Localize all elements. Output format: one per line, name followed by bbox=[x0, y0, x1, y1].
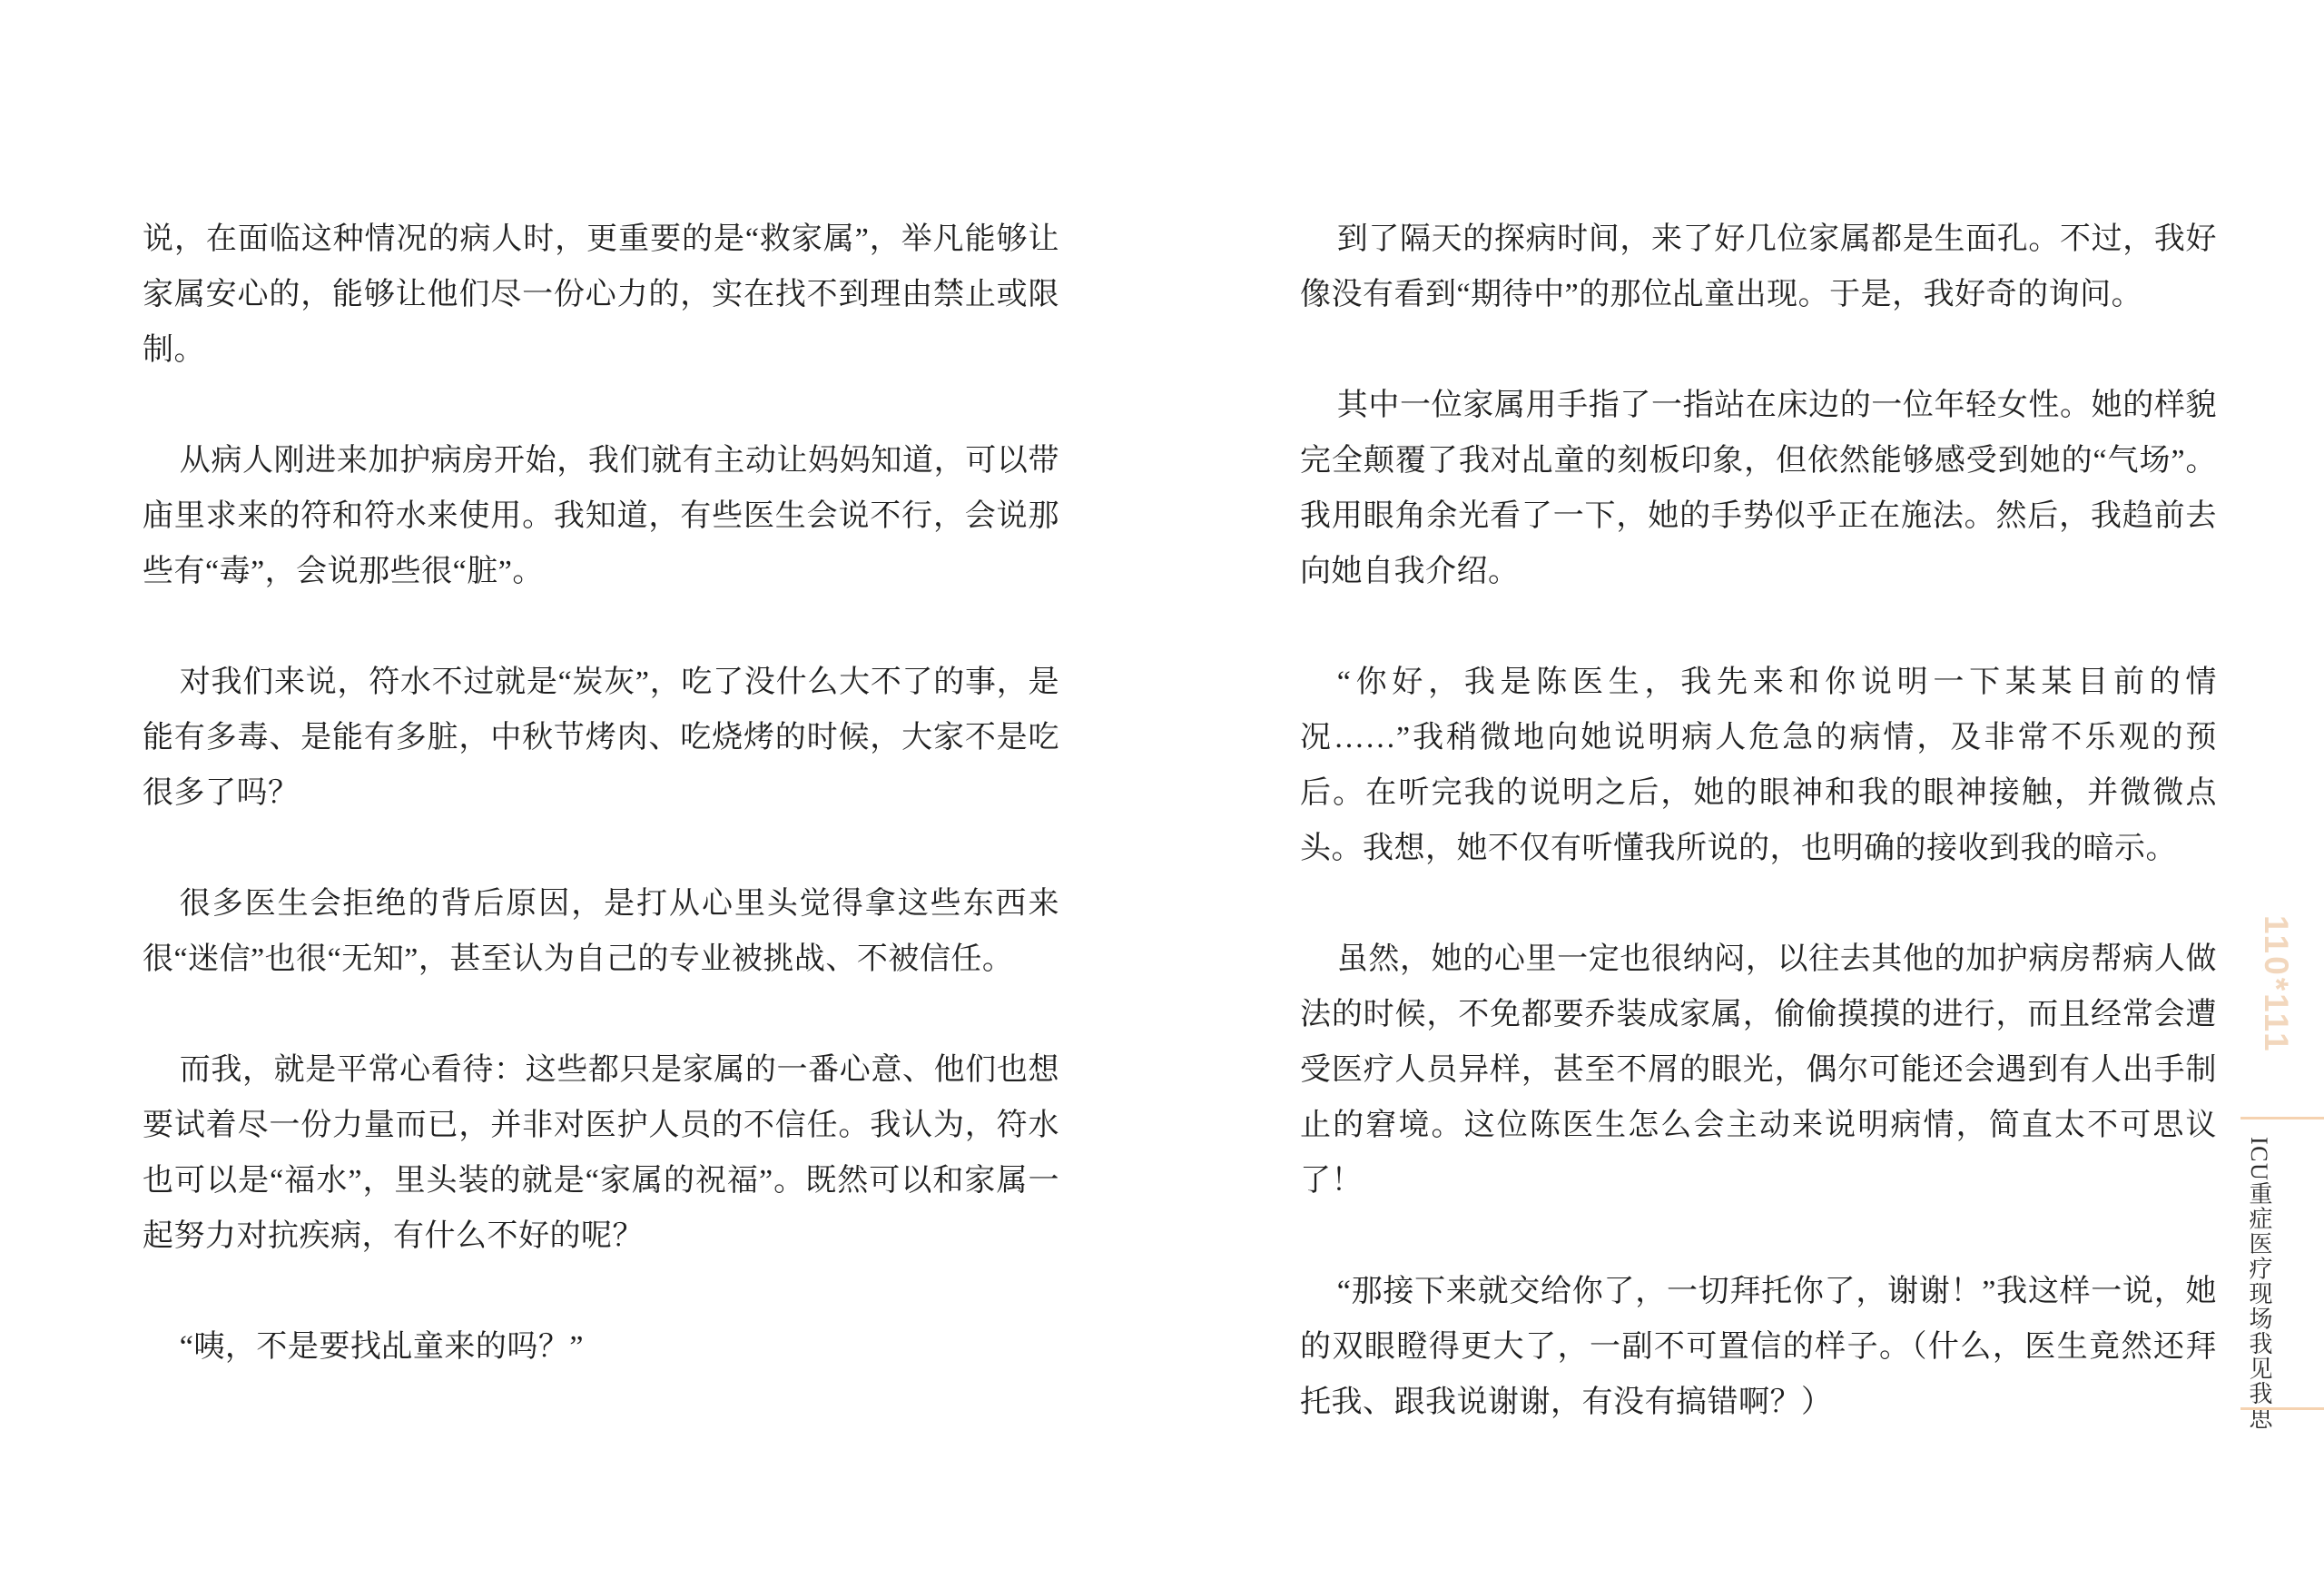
page-number: 110*111 bbox=[2257, 915, 2295, 1054]
right-page-text-column: 到了隔天的探病时间，来了好几位家属都是生面孔。不过，我好像没有看到“期待中”的那… bbox=[1300, 212, 2217, 1485]
paragraph: 而我，就是平常心看待：这些都只是家属的一番心意、他们也想要试着尽一份力量而已，并… bbox=[143, 1042, 1059, 1264]
left-page-text-column: 说，在面临这种情况的病人时，更重要的是“救家属”，举凡能够让家属安心的，能够让他… bbox=[143, 212, 1059, 1430]
paragraph: 虽然，她的心里一定也很纳闷，以往去其他的加护病房帮病人做法的时候，不免都要乔装成… bbox=[1300, 932, 2217, 1208]
paragraph: 很多医生会拒绝的背后原因，是打从心里头觉得拿这些东西来很“迷信”也很“无知”，甚… bbox=[143, 876, 1059, 987]
paragraph: 从病人刚进来加护病房开始，我们就有主动让妈妈知道，可以带庙里求来的符和符水来使用… bbox=[143, 433, 1059, 599]
paragraph: “你好，我是陈医生，我先来和你说明一下某某目前的情况……”我稍微地向她说明病人危… bbox=[1300, 655, 2217, 876]
sidebar-rule-bottom bbox=[2240, 1407, 2324, 1410]
paragraph: 对我们来说，符水不过就是“炭灰”，吃了没什么大不了的事，是能有多毒、是能有多脏，… bbox=[143, 655, 1059, 821]
sidebar-rule-top bbox=[2240, 1117, 2324, 1119]
book-title: ICU重症医疗现场我见我思 bbox=[2242, 1137, 2276, 1431]
paragraph: 到了隔天的探病时间，来了好几位家属都是生面孔。不过，我好像没有看到“期待中”的那… bbox=[1300, 212, 2217, 322]
book-spread: 说，在面临这种情况的病人时，更重要的是“救家属”，举凡能够让家属安心的，能够让他… bbox=[0, 0, 2324, 1588]
paragraph: 说，在面临这种情况的病人时，更重要的是“救家属”，举凡能够让家属安心的，能够让他… bbox=[143, 212, 1059, 378]
paragraph: 其中一位家属用手指了一指站在床边的一位年轻女性。她的样貌完全颠覆了我对乩童的刻板… bbox=[1300, 378, 2217, 599]
paragraph: “咦，不是要找乩童来的吗？” bbox=[143, 1319, 1059, 1375]
paragraph: “那接下来就交给你了，一切拜托你了，谢谢！”我这样一说，她的双眼瞪得更大了，一副… bbox=[1300, 1264, 2217, 1430]
